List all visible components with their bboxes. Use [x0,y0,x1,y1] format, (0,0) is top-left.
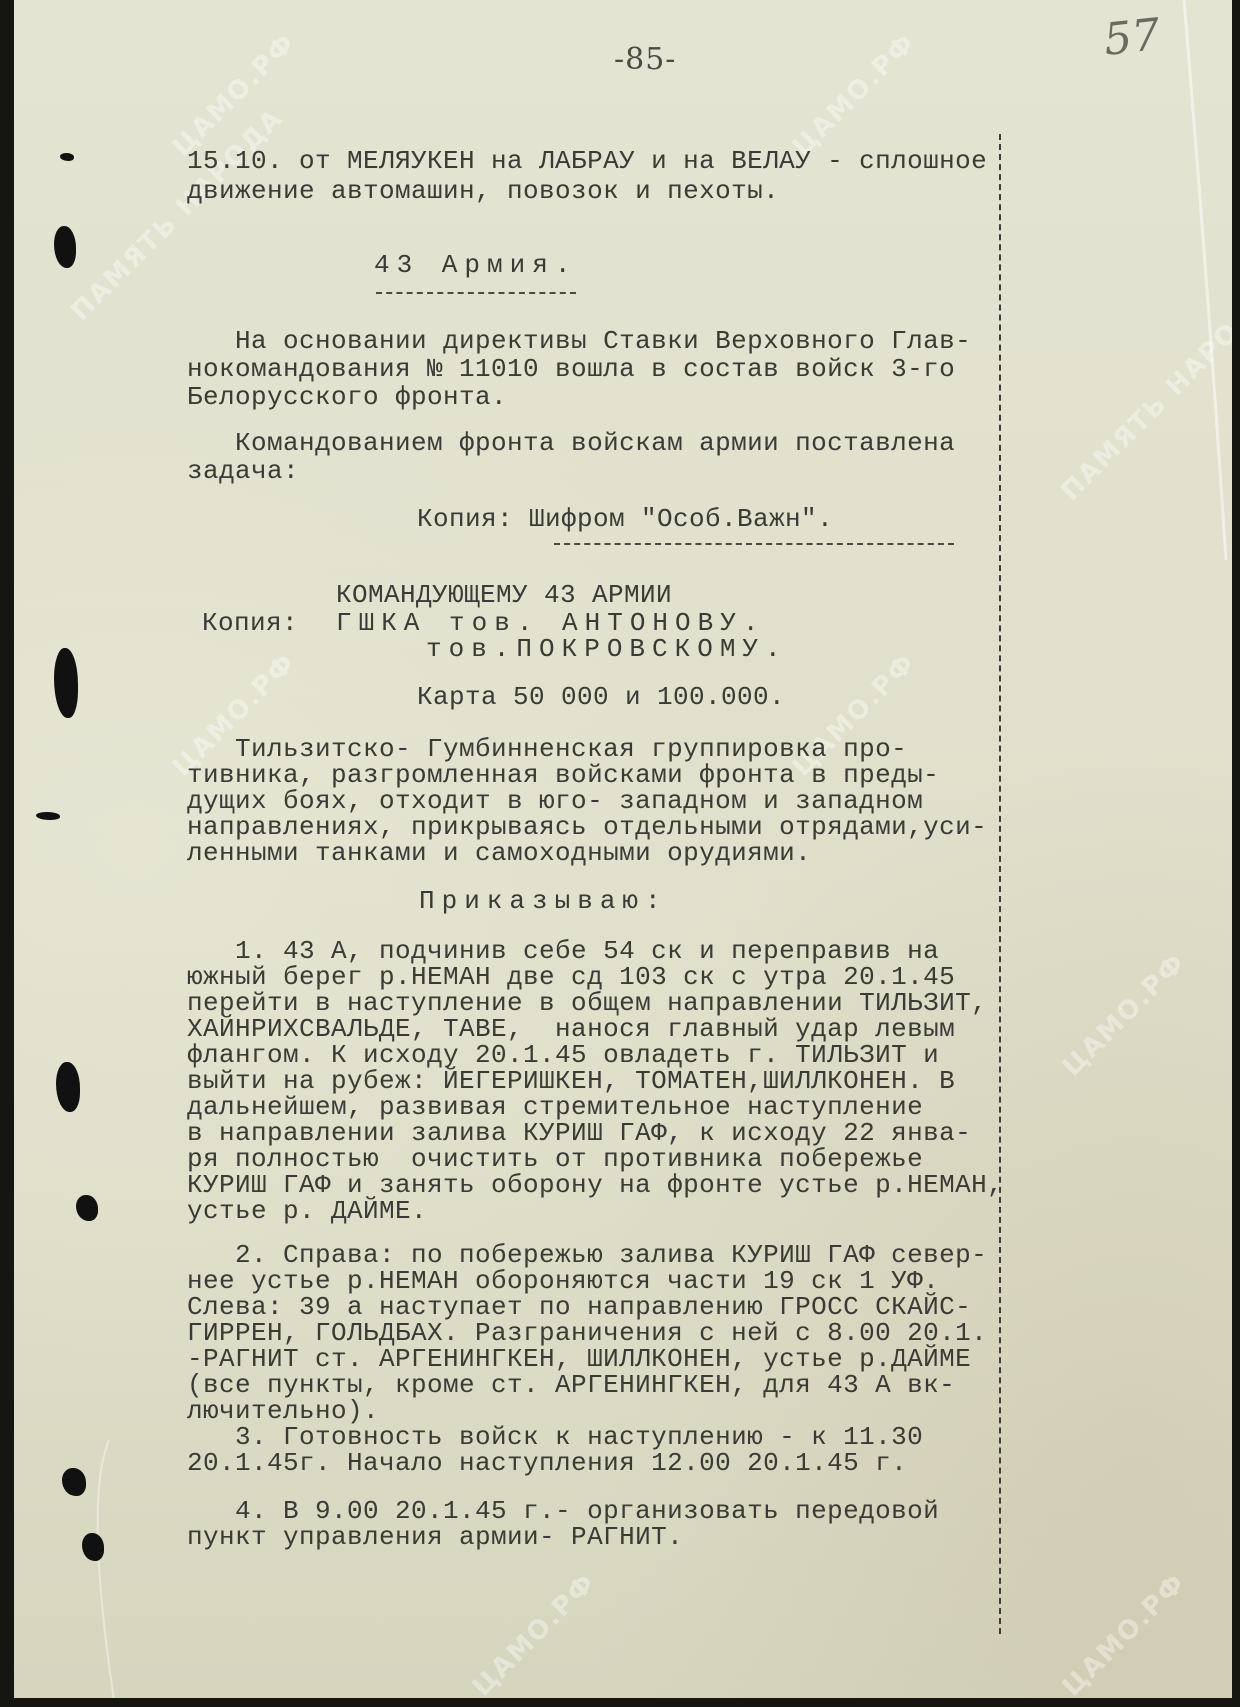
addressee-line: КОМАНДУЮЩЕМУ 43 АРМИИ [336,580,672,610]
text-line: Командованием фронта войскам армии поста… [187,428,955,458]
punch-hole [54,226,76,268]
copy-label: Копия: [202,608,298,638]
punch-hole [56,1062,80,1112]
text-line: На основании директивы Ставки Верховного… [187,326,971,356]
handwritten-folio: 57 [1101,9,1162,66]
punch-hole [54,648,78,718]
text-line: ленными танками и самоходными орудиями. [187,838,811,868]
text-line: пункт управления армии- РАГНИТ. [187,1522,683,1552]
text-line: устье р. ДАЙМЕ. [187,1196,427,1226]
punch-hole [60,153,74,161]
document-page: ЦАМО.РФ ЦАМО.РФ ПАМЯТЬ НАРОДА ЦАМО.РФ ЦА… [14,0,1232,1698]
text-line: движение автомашин, повозок и пехоты. [187,176,779,206]
punch-hole [76,1195,98,1221]
addressee-line: тов.ПОКРОВСКОМУ. [426,634,788,664]
text-line: нокомандования № 11010 вошла в состав во… [187,354,955,384]
text-line: Белорусского фронта. [187,382,507,412]
cipher-line: Копия: Шифром "Особ.Важн". [417,504,833,534]
title-underline [376,292,576,294]
text-line: задача: [187,456,299,486]
text-line: 20.1.45г. Начало наступления 12.00 20.1.… [187,1448,907,1478]
punch-hole [36,812,60,820]
section-title: 43 Армия. [374,250,577,280]
order-heading: Приказываю: [419,886,668,916]
cipher-underline [554,543,954,545]
page-number: -85- [614,42,676,77]
map-line: Карта 50 000 и 100.000. [417,682,785,712]
punch-hole [62,1468,86,1496]
punch-hole [82,1533,104,1561]
margin-line [999,134,1001,1634]
text-line: 15.10. от МЕЛЯУКЕН на ЛАБРАУ и на ВЕЛАУ … [187,146,987,176]
